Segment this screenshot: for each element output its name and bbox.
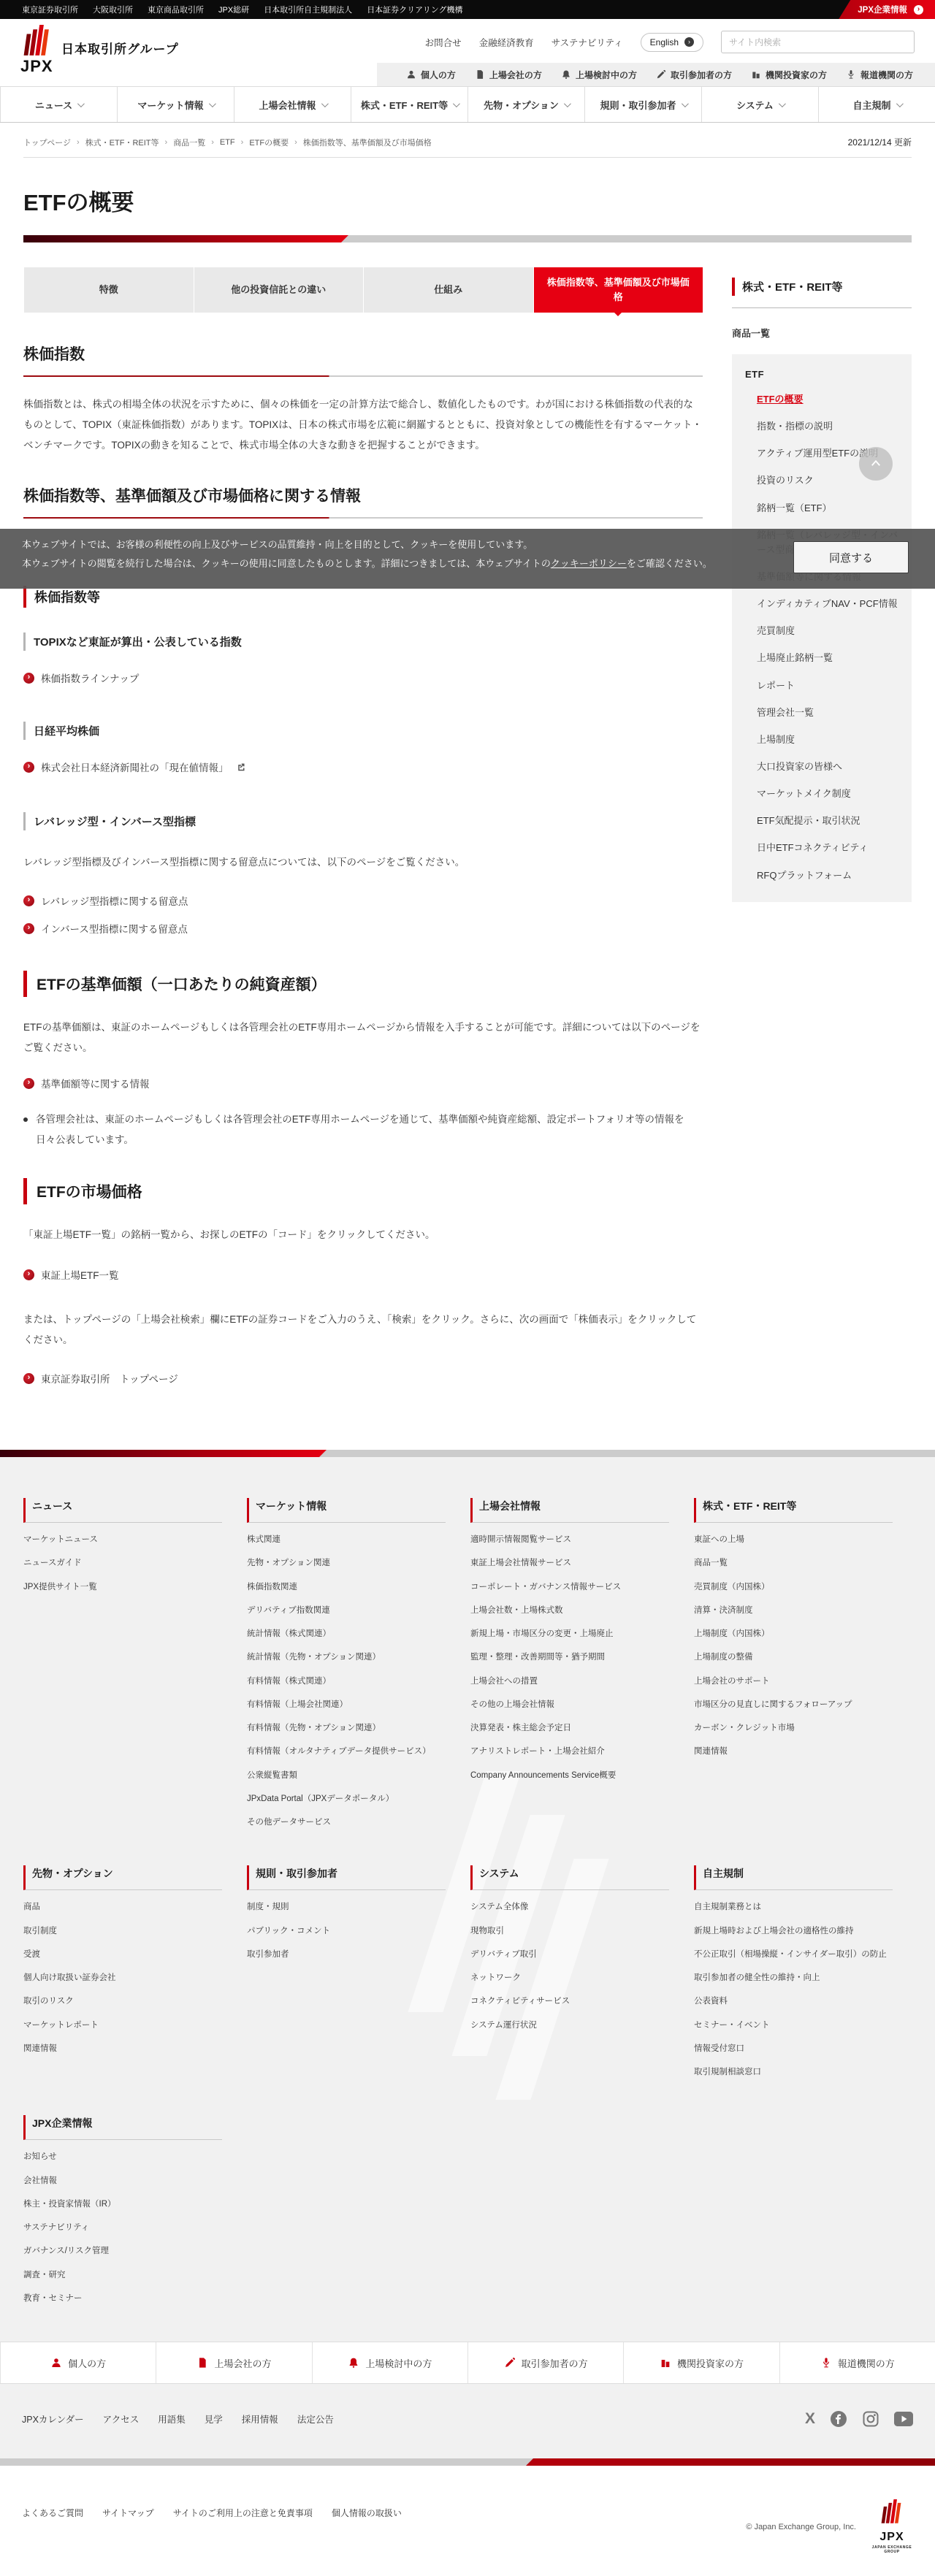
persona-label: 取引参加者の方 — [522, 2356, 588, 2370]
sidebar-menu-link[interactable]: インディカティブNAV・PCF情報 — [757, 598, 898, 609]
persona-icon — [406, 69, 416, 80]
footer-link-item: 適時開示情報閲覧サービス — [470, 1534, 669, 1546]
footer-link[interactable]: 先物・オプション関連 — [247, 1559, 330, 1567]
nav-item[interactable]: ニュース — [0, 87, 117, 122]
subsection-heading-market-price: ETFの市場価格 — [23, 1178, 703, 1204]
footer-link-item: 統計情報（先物・オプション関連） — [247, 1651, 446, 1664]
breadcrumb-link[interactable]: ETFの概要 — [249, 137, 289, 148]
breadcrumb-separator: › — [211, 138, 214, 147]
nav-item[interactable]: 株式・ETF・REIT等 — [351, 87, 467, 122]
sidebar-menu-link[interactable]: レポート — [757, 680, 795, 691]
nav-bullet: 各管理会社は、東証のホームページもしくは各管理会社のETF専用ホームページを通じ… — [23, 1109, 703, 1150]
nav-item[interactable]: マーケット情報 — [117, 87, 234, 122]
link-label: インバース型指標に関する留意点 — [41, 921, 188, 936]
chevron-down-icon — [779, 100, 786, 107]
arrow-circle-icon: › — [23, 762, 34, 773]
sidebar-menu-item: 上場廃止銘柄一覧 — [757, 651, 900, 665]
footer-link-item: 関連情報 — [694, 1746, 893, 1758]
footer-persona-bar: 個人の方 上場会社の方 上場検討中の方 取引参加者の方 機関投資家の方 — [0, 2342, 935, 2384]
footer-column-links: システム全体像現物取引デリバティブ取引ネットワークコネクティビティサービスシステ… — [470, 1901, 669, 2032]
footer-link[interactable]: JPX提供サイト一覧 — [23, 1583, 97, 1591]
breadcrumb-link[interactable]: トップページ — [23, 137, 71, 148]
footer-utility-bar: JPXカレンダーアクセス用語集見学採用情報法定公告 X — [0, 2384, 935, 2458]
footer-link[interactable]: その他データサービス — [247, 1818, 331, 1827]
footer-link[interactable]: 有料情報（先物・オプション関連） — [247, 1724, 381, 1732]
footer-link-item: マーケットレポート — [23, 2019, 222, 2032]
sidebar-menu-link[interactable]: 上場制度 — [757, 734, 795, 745]
footer-column-heading: 株式・ETF・REIT等 — [694, 1498, 893, 1523]
footer-link[interactable]: 清算・決済制度 — [694, 1606, 753, 1615]
footer-link[interactable]: 取引のリスク — [23, 1997, 74, 2006]
footer-link-item: 個人向け取扱い証券会社 — [23, 1972, 222, 1984]
footer-link-item: 取引規制相談窓口 — [694, 2066, 893, 2079]
legal-bar: よくあるご質問サイトマップサイトのご利用上の注意と免責事項個人情報の取扱い © … — [0, 2466, 935, 2576]
footer-column-links: 株式関連先物・オプション関連株価指数関連デリバティブ指数関連統計情報（株式関連）… — [247, 1534, 446, 1829]
jpx-flame-icon — [20, 25, 54, 58]
group-sites: 東京証券取引所大阪取引所東京商品取引所JPX総研日本取引所自主規制法人日本証券ク… — [22, 4, 463, 15]
nav-body: ETFの基準価額は、東証のホームページもしくは各管理会社のETF専用ホームページ… — [23, 1017, 703, 1058]
footer-link-item: 株主・投資家情報（IR） — [23, 2198, 222, 2211]
footer-top-divider — [0, 1450, 935, 1457]
market-price-body-2: または、トップページの「上場会社検索」欄にETFの証券コードをご入力のうえ、「検… — [23, 1310, 703, 1350]
utility-links: お問合せ金融経済教育サステナビリティ — [425, 36, 623, 49]
footer-link-item: 調査・研究 — [23, 2269, 222, 2282]
sidebar-divider — [732, 307, 912, 308]
footer-link-item: 市場区分の見直しに関するフォローアップ — [694, 1699, 893, 1711]
footer-link-item: システム全体像 — [470, 1901, 669, 1914]
footer-link-item: その他データサービス — [247, 1816, 446, 1829]
sidebar-heading: 株式・ETF・REIT等 — [732, 278, 912, 296]
persona-link[interactable]: 個人の方 — [406, 69, 456, 81]
footer-link[interactable]: 東証への上場 — [694, 1535, 744, 1544]
footer-link[interactable]: 市場区分の見直しに関するフォローアップ — [694, 1700, 852, 1709]
footer-link[interactable]: 有料情報（株式関連） — [247, 1677, 331, 1686]
breadcrumb-item: 株式・ETF・REIT等 › — [85, 137, 174, 148]
footer-persona-link[interactable]: 取引参加者の方 — [467, 2342, 623, 2383]
footer-link[interactable]: 新規上場・市場区分の変更・上場廃止 — [470, 1629, 614, 1638]
jpx-corporate-button[interactable]: JPX企業情報 › — [839, 0, 935, 19]
footer-link[interactable]: 上場制度の整備 — [694, 1653, 753, 1662]
sidebar-menu-link[interactable]: マーケットメイク制度 — [757, 788, 851, 799]
footer-link[interactable]: 商品 — [23, 1903, 40, 1911]
footer-link[interactable]: 上場制度（内国株） — [694, 1629, 770, 1638]
footer-link-item: 東証への上場 — [694, 1534, 893, 1546]
link-nikkei-price[interactable]: › 株式会社日本経済新聞社の「現在値情報」 — [23, 760, 703, 774]
persona-label: 報道機関の方 — [860, 69, 913, 81]
facebook-icon[interactable] — [830, 2410, 847, 2428]
link-label: 株式会社日本経済新聞社の「現在値情報」 — [41, 760, 229, 774]
group-heading-leveraged: レバレッジ型・インバース型指標 — [23, 812, 703, 830]
footer-link-item: 株式関連 — [247, 1534, 446, 1546]
cookie-banner: 本ウェブサイトでは、お客様の利便性の向上及びサービスの品質維持・向上を目的として… — [0, 529, 935, 589]
group-site-link[interactable]: 大阪取引所 — [93, 4, 133, 15]
link-etf-list[interactable]: › 東証上場ETF一覧 — [23, 1267, 703, 1282]
sidebar-menu-link[interactable]: ETF気配提示・取引状況 — [757, 815, 860, 826]
breadcrumb-row: トップページ › 株式・ETF・REIT等 › 商品一覧 › ETF › — [23, 136, 912, 158]
footer-rows: ニュース マーケットニュースニュースガイドJPX提供サイト一覧 マーケット情報 … — [23, 1498, 912, 2305]
footer-link-item: 上場会社数・上場株式数 — [470, 1605, 669, 1617]
external-link-icon — [237, 763, 245, 771]
arrow-right-icon: › — [914, 5, 923, 15]
footer-link[interactable]: 上場会社数・上場株式数 — [470, 1606, 563, 1615]
breadcrumb-separator: › — [241, 138, 244, 147]
footer-link-item: 取引参加者 — [247, 1949, 446, 1961]
sidebar-menu-item: RFQプラットフォーム — [757, 868, 900, 883]
footer-link[interactable]: デリバティブ指数関連 — [247, 1606, 330, 1615]
footer-link[interactable]: JPxData Portal（JPXデータポータル） — [247, 1795, 394, 1803]
footer-link-item: パブリック・コメント — [247, 1925, 446, 1938]
arrow-circle-icon: › — [23, 923, 34, 934]
footer-link-item: ニュースガイド — [23, 1557, 222, 1570]
tab[interactable]: 株価指数等、基準価額及び市場価格 — [533, 267, 703, 313]
footer-persona-link[interactable]: 個人の方 — [0, 2342, 156, 2383]
footer-link-item: 取引参加者の健全性の維持・向上 — [694, 1972, 893, 1984]
site-search-input[interactable] — [721, 31, 915, 53]
arrow-circle-icon: › — [23, 1078, 34, 1089]
sidebar-menu-link[interactable]: 管理会社一覧 — [757, 707, 814, 718]
sidebar-menu-link[interactable]: 大口投資家の皆様へ — [757, 761, 842, 772]
persona-icon — [656, 69, 666, 80]
footer-link[interactable]: 株主・投資家情報（IR） — [23, 2200, 116, 2209]
footer-link-item: 教育・セミナー — [23, 2293, 222, 2305]
footer-link-item: サステナビリティ — [23, 2222, 222, 2234]
footer-column-links: 商品取引制度受渡個人向け取扱い証券会社取引のリスクマーケットレポート関連情報 — [23, 1901, 222, 2055]
footer-utility-link[interactable]: 見学 — [205, 2412, 223, 2426]
nav-item[interactable]: 規則・取引参加者 — [584, 87, 701, 122]
chevron-down-icon — [77, 100, 85, 107]
footer-link[interactable]: 取引制度 — [23, 1927, 57, 1935]
chevron-down-icon — [896, 100, 903, 107]
footer-link-item: 公表資料 — [694, 1995, 893, 2008]
chevron-down-icon — [564, 100, 571, 107]
footer-link[interactable]: 監理・整理・改善期間等・猶予期間 — [470, 1653, 605, 1662]
heading-underline — [23, 375, 703, 377]
footer-link-item: マーケットニュース — [23, 1534, 222, 1546]
footer-link[interactable]: 会社情報 — [23, 2176, 57, 2185]
utility-link[interactable]: サステナビリティ — [552, 36, 623, 49]
sidebar-link-product-list[interactable]: 商品一覧 — [732, 326, 912, 340]
cookie-agree-button[interactable]: 同意する — [793, 541, 909, 573]
sidebar-menu-item: インディカティブNAV・PCF情報 — [757, 597, 900, 611]
sidebar-menu-link[interactable]: 銘柄一覧（ETF） — [757, 502, 832, 513]
breadcrumb-link[interactable]: 株式・ETF・REIT等 — [85, 137, 159, 148]
footer-link[interactable]: お知らせ — [23, 2152, 57, 2161]
arrow-circle-icon: › — [23, 1269, 34, 1280]
breadcrumb-link[interactable]: ETF — [220, 138, 235, 147]
footer-link[interactable]: 有料情報（上場会社関連） — [247, 1700, 348, 1709]
footer-link[interactable]: アナリストレポート・上場会社紹介 — [470, 1747, 605, 1756]
footer-link[interactable]: 決算発表・株主総会予定日 — [470, 1724, 571, 1732]
footer-link[interactable]: 調査・研究 — [23, 2271, 66, 2279]
footer-link[interactable]: 関連情報 — [694, 1747, 728, 1756]
footer-link[interactable]: 個人向け取扱い証券会社 — [23, 1973, 116, 1982]
footer-link[interactable]: ニュースガイド — [23, 1559, 82, 1567]
footer-row: JPX企業情報 お知らせ会社情報株主・投資家情報（IR）サステナビリティガバナン… — [23, 2115, 912, 2305]
group-site-link[interactable]: 東京証券取引所 — [22, 4, 78, 15]
site-header: 日本取引所グループ JPX お問合せ金融経済教育サステナビリティ English… — [0, 19, 935, 86]
footer-persona-link[interactable]: 機関投資家の方 — [623, 2342, 779, 2383]
sidebar-menu-link[interactable]: 指数・指標の説明 — [757, 421, 833, 432]
footer-link[interactable]: 適時開示情報閲覧サービス — [470, 1535, 571, 1544]
persona-label: 上場会社の方 — [214, 2356, 271, 2370]
persona-label: 上場検討中の方 — [576, 69, 637, 81]
footer-link[interactable]: ガバナンス/リスク管理 — [23, 2247, 109, 2255]
link-tse-top[interactable]: › 東京証券取引所 トップページ — [23, 1371, 703, 1386]
persona-icon — [820, 2357, 832, 2369]
footer-link[interactable]: 情報受付窓口 — [694, 2044, 744, 2053]
link-label: 株価指数ラインナップ — [41, 670, 139, 685]
footer-column-links: 制度・規則パブリック・コメント取引参加者 — [247, 1901, 446, 1961]
sidebar-menu-item: 指数・指標の説明 — [757, 419, 900, 434]
persona-label: 機関投資家の方 — [766, 69, 827, 81]
group-site-link[interactable]: 東京商品取引所 — [148, 4, 204, 15]
footer-link-item: 商品 — [23, 1901, 222, 1914]
footer-column: システム システム全体像現物取引デリバティブ取引ネットワークコネクティビティサー… — [470, 1865, 669, 2079]
nav-item[interactable]: システム — [701, 87, 818, 122]
sidebar-menu-link[interactable]: 投資のリスク — [757, 475, 814, 486]
utility-link[interactable]: お問合せ — [425, 36, 462, 49]
subsection-heading-indices: 株価指数等 — [23, 586, 703, 608]
footer-utility-link[interactable]: 採用情報 — [242, 2412, 278, 2426]
footer-link-item: 監理・整理・改善期間等・猶予期間 — [470, 1651, 669, 1664]
title-accent-bar — [23, 235, 912, 242]
footer-link[interactable]: パブリック・コメント — [247, 1927, 330, 1935]
footer-utility-link[interactable]: 用語集 — [158, 2412, 186, 2426]
footer-utility-link[interactable]: JPXカレンダー — [22, 2412, 84, 2426]
footer-link-item: デリバティブ指数関連 — [247, 1605, 446, 1617]
footer-utility-link[interactable]: アクセス — [103, 2412, 140, 2426]
footer-link-item: 株価指数関連 — [247, 1581, 446, 1594]
legal-link[interactable]: 個人情報の取扱い — [332, 2507, 402, 2519]
link-inverse-notes[interactable]: › インバース型指標に関する留意点 — [23, 921, 703, 936]
footer-link-item: JPX提供サイト一覧 — [23, 1581, 222, 1594]
footer-link-item: 不公正取引（相場操縦・インサイダー取引）の防止 — [694, 1949, 893, 1961]
section-body: 株価指数とは、株式の相場全体の状況を示すために、個々の株価を一定の計算方法で総合… — [23, 394, 703, 456]
footer-persona-link[interactable]: 報道機関の方 — [779, 2342, 935, 2383]
footer-link[interactable]: 取引規制相談窓口 — [694, 2068, 761, 2076]
footer-link[interactable]: 東証上場会社情報サービス — [470, 1559, 571, 1567]
language-toggle-button[interactable]: English › — [641, 33, 703, 52]
tab-label: 他の投資信託との違い — [231, 283, 326, 297]
footer-row: ニュース マーケットニュースニュースガイドJPX提供サイト一覧 マーケット情報 … — [23, 1498, 912, 1829]
utility-link[interactable]: 金融経済教育 — [479, 36, 534, 49]
footer-link[interactable]: 売買制度（内国株） — [694, 1583, 770, 1591]
footer-link[interactable]: マーケットレポート — [23, 2021, 99, 2030]
footer-link-item: 売買制度（内国株） — [694, 1581, 893, 1594]
group-site-link[interactable]: JPX総研 — [218, 4, 249, 15]
market-price-body-1: 「東証上場ETF一覧」の銘柄一覧から、お探しのETFの「コード」をクリックしてく… — [23, 1225, 703, 1245]
footer-link[interactable]: 有料情報（オルタナティブデータ提供サービス） — [247, 1747, 431, 1756]
footer-link[interactable]: 新規上場時および上場会社の適格性の維持 — [694, 1927, 854, 1935]
legal-link[interactable]: よくあるご質問 — [22, 2507, 83, 2519]
footer-link[interactable]: 制度・規則 — [247, 1903, 289, 1911]
x-twitter-icon[interactable]: X — [805, 2411, 815, 2427]
footer-link[interactable]: サステナビリティ — [23, 2223, 89, 2232]
footer-link-item: 先物・オプション関連 — [247, 1557, 446, 1570]
breadcrumb-separator: › — [77, 138, 80, 147]
sidebar-menu-link[interactable]: 売買制度 — [757, 625, 795, 636]
persona-link[interactable]: 取引参加者の方 — [656, 69, 732, 81]
footer-link[interactable]: 上場会社への措置 — [470, 1677, 538, 1686]
persona-icon — [846, 69, 856, 80]
sidebar-menu-link[interactable]: RFQプラットフォーム — [757, 870, 852, 881]
nav-item[interactable]: 先物・オプション — [467, 87, 584, 122]
footer-link-item: 有料情報（先物・オプション関連） — [247, 1722, 446, 1735]
sidebar-menu-link[interactable]: 日中ETFコネクティビティ — [757, 842, 868, 853]
footer-link[interactable]: 公衆縦覧書類 — [247, 1771, 297, 1780]
jpx-logo-text: JPX — [871, 2531, 913, 2544]
jpx-flame-icon — [879, 2499, 905, 2526]
link-nav-info[interactable]: › 基準価額等に関する情報 — [23, 1076, 703, 1090]
tab[interactable]: 仕組み — [363, 267, 533, 313]
footer-link-item: 現物取引 — [470, 1925, 669, 1938]
breadcrumb: トップページ › 株式・ETF・REIT等 › 商品一覧 › ETF › — [23, 137, 432, 148]
persona-label: 上場検討中の方 — [365, 2356, 432, 2370]
tab[interactable]: 他の投資信託との違い — [194, 267, 364, 313]
footer-link[interactable]: 自主規制業務とは — [694, 1903, 761, 1911]
footer-link-item: 有料情報（上場会社関連） — [247, 1699, 446, 1711]
footer-column: 自主規制 自主規制業務とは新規上場時および上場会社の適格性の維持不公正取引（相場… — [694, 1865, 893, 2079]
footer-link[interactable]: 公表資料 — [694, 1997, 728, 2006]
footer-link[interactable]: 不公正取引（相場操縦・インサイダー取引）の防止 — [694, 1950, 887, 1959]
footer-link[interactable]: 教育・セミナー — [23, 2294, 83, 2303]
link-index-lineup[interactable]: › 株価指数ラインナップ — [23, 670, 703, 685]
brand-name: 日本取引所グループ — [61, 39, 179, 58]
chevron-down-icon — [209, 100, 216, 107]
footer-link[interactable]: 株式関連 — [247, 1535, 280, 1544]
footer-link-item: セミナー・イベント — [694, 2019, 893, 2032]
footer-link[interactable]: 上場会社のサポート — [694, 1677, 770, 1686]
breadcrumb-item: 株価指数等、基準価額及び市場価格 › — [303, 137, 432, 148]
persona-icon — [660, 2357, 671, 2369]
footer-link-item: 関連情報 — [23, 2043, 222, 2055]
legal-link[interactable]: サイトのご利用上の注意と免責事項 — [173, 2507, 313, 2519]
footer-link-item: 会社情報 — [23, 2175, 222, 2187]
footer-link-item: デリバティブ取引 — [470, 1949, 669, 1961]
breadcrumb-separator: › — [294, 138, 297, 147]
footer-link-item: 制度・規則 — [247, 1901, 446, 1914]
footer-link-item: 自主規制業務とは — [694, 1901, 893, 1914]
footer-link[interactable]: ネットワーク — [470, 1973, 521, 1982]
arrow-circle-icon: › — [23, 673, 34, 684]
footer-link[interactable]: システム全体像 — [470, 1903, 528, 1911]
footer-persona-link[interactable]: 上場検討中の方 — [312, 2342, 467, 2383]
footer-link-item: 清算・決済制度 — [694, 1605, 893, 1617]
link-leveraged-notes[interactable]: › レバレッジ型指標に関する留意点 — [23, 893, 703, 908]
persona-icon — [751, 69, 761, 80]
footer-link[interactable]: 取引参加者の健全性の維持・向上 — [694, 1973, 820, 1982]
persona-link[interactable]: 上場検討中の方 — [561, 69, 637, 81]
footer-persona-link[interactable]: 上場会社の方 — [156, 2342, 311, 2383]
breadcrumb-link[interactable]: 商品一覧 — [173, 137, 205, 148]
footer-link[interactable]: 関連情報 — [23, 2044, 57, 2053]
sidebar-menu-link[interactable]: 上場廃止銘柄一覧 — [757, 652, 833, 663]
persona-link[interactable]: 報道機関の方 — [846, 69, 913, 81]
persona-link[interactable]: 上場会社の方 — [475, 69, 542, 81]
persona-link[interactable]: 機関投資家の方 — [751, 69, 827, 81]
footer-link[interactable]: 取引参加者 — [247, 1950, 289, 1959]
breadcrumb-item: トップページ › — [23, 137, 85, 148]
footer-link[interactable]: コネクティビティサービス — [470, 1997, 570, 2006]
footer-column: 規則・取引参加者 制度・規則パブリック・コメント取引参加者 — [247, 1865, 446, 2079]
section-heading-stock-index: 株価指数 — [23, 345, 703, 365]
heading-underline — [23, 517, 703, 519]
nav-item[interactable]: 自主規制 — [818, 87, 935, 122]
group-heading-nikkei: 日経平均株価 — [23, 722, 703, 740]
sidebar-menu-item: マーケットメイク制度 — [757, 787, 900, 801]
footer-link-item: カーボン・クレジット市場 — [694, 1722, 893, 1735]
nav-item-label: システム — [736, 98, 774, 112]
jpx-logo-subtext: JAPAN EXCHANGE GROUP — [871, 2545, 913, 2554]
footer-link-item: JPxData Portal（JPXデータポータル） — [247, 1793, 446, 1805]
footer-column-heading: 自主規制 — [694, 1865, 893, 1890]
breadcrumb-item: 商品一覧 › — [173, 137, 220, 148]
tab[interactable]: 特徴 — [23, 267, 194, 313]
link-label: レバレッジ型指標に関する留意点 — [41, 893, 188, 908]
chevron-down-icon — [321, 100, 328, 107]
scroll-top-button[interactable] — [859, 447, 893, 481]
footer-link[interactable]: カーボン・クレジット市場 — [694, 1724, 795, 1732]
group-site-link[interactable]: 日本証券クリアリング機構 — [367, 4, 462, 15]
footer-link[interactable]: マーケットニュース — [23, 1535, 98, 1544]
footer-link[interactable]: システム運行状況 — [470, 2021, 537, 2030]
footer-link-item: 受渡 — [23, 1949, 222, 1961]
footer-link[interactable]: その他の上場会社情報 — [470, 1700, 554, 1709]
footer-link[interactable]: セミナー・イベント — [694, 2021, 770, 2030]
breadcrumb-item: ETF › — [220, 138, 249, 147]
bullet-icon — [23, 1117, 28, 1122]
legal-links: よくあるご質問サイトマップサイトのご利用上の注意と免責事項個人情報の取扱い — [22, 2507, 402, 2519]
cookie-text-3: をご確認ください。 — [627, 558, 712, 569]
jpx-logo[interactable]: 日本取引所グループ JPX — [20, 25, 179, 74]
footer-link[interactable]: Company Announcements Service概要 — [470, 1771, 616, 1780]
footer-link[interactable]: 商品一覧 — [694, 1559, 728, 1567]
breadcrumb-separator: › — [165, 138, 168, 147]
instagram-icon[interactable] — [862, 2410, 879, 2428]
footer-link[interactable]: 統計情報（先物・オプション関連） — [247, 1653, 381, 1662]
footer-column-heading: JPX企業情報 — [23, 2115, 222, 2140]
breadcrumb-link[interactable]: 株価指数等、基準価額及び市場価格 — [303, 137, 432, 148]
persona-label: 取引参加者の方 — [671, 69, 732, 81]
youtube-icon[interactable] — [894, 2412, 913, 2426]
sidebar-menu-link[interactable]: ETFの概要 — [757, 394, 804, 405]
footer-link-item: コネクティビティサービス — [470, 1995, 669, 2008]
tab-label: 仕組み — [434, 283, 462, 297]
social-links: X — [805, 2410, 913, 2428]
footer-link-item: ネットワーク — [470, 1972, 669, 1984]
footer-link[interactable]: 株価指数関連 — [247, 1583, 297, 1591]
footer-link[interactable]: 統計情報（株式関連） — [247, 1629, 331, 1638]
link-label: 基準価額等に関する情報 — [41, 1076, 150, 1090]
footer-link[interactable]: コーポレート・ガバナンス情報サービス — [470, 1583, 621, 1591]
footer-link-item: 有料情報（株式関連） — [247, 1675, 446, 1688]
arrow-right-icon: › — [684, 37, 694, 47]
cookie-policy-link[interactable]: クッキーポリシー — [551, 558, 627, 569]
section-heading-info: 株価指数等、基準価額及び市場価格に関する情報 — [23, 486, 703, 507]
nav-item[interactable]: 上場会社情報 — [234, 87, 351, 122]
footer-link[interactable]: 現物取引 — [470, 1927, 504, 1935]
footer-link[interactable]: 受渡 — [23, 1950, 40, 1959]
footer-link-item: 有料情報（オルタナティブデータ提供サービス） — [247, 1746, 446, 1758]
jpx-corporate-label: JPX企業情報 — [858, 4, 907, 15]
footer-link-item: 取引制度 — [23, 1925, 222, 1938]
footer-utility-link[interactable]: 法定公告 — [297, 2412, 334, 2426]
legal-link[interactable]: サイトマップ — [102, 2507, 154, 2519]
footer-column-links: お知らせ会社情報株主・投資家情報（IR）サステナビリティガバナンス/リスク管理調… — [23, 2151, 222, 2305]
group-site-link[interactable]: 日本取引所自主規制法人 — [264, 4, 352, 15]
footer-link[interactable]: デリバティブ取引 — [470, 1950, 537, 1959]
cookie-text-1: 本ウェブサイトでは、お客様の利便性の向上及びサービスの品質維持・向上を目的として… — [22, 539, 533, 550]
